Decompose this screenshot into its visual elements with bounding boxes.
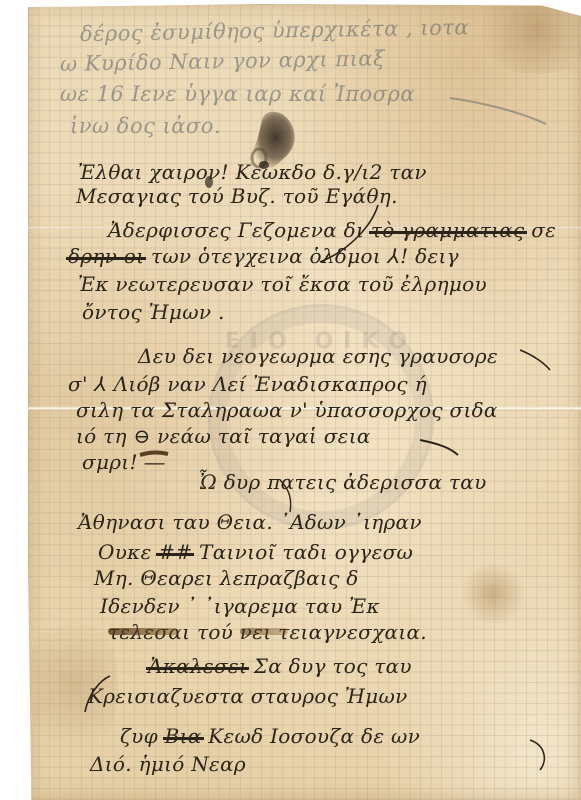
ink-line: Ἐκ νεωτερευσαν τοῖ ἔκσα τοῦ ἐλρημου — [78, 272, 487, 296]
struck-text: Βια — [165, 724, 202, 748]
pencil-flourish — [300, 90, 550, 130]
ink-line: Κρεισιαζυεστα σταυρος Ἠμων — [88, 684, 408, 708]
ink-line: Δευ δει νεογεωρμα εσης γραυσορε — [138, 344, 498, 368]
ink-line: δρην οι των ὁτεγχεινα ὁλδμοι ⅄! δειγ — [68, 244, 459, 268]
ink-line: Μεσαγιας τού Βυζ. τοῦ Εγάθη. — [76, 184, 398, 208]
ink-line-text: Κεωδ Ιοσουζα δε ων — [208, 724, 420, 748]
ink-line: Ὦ δυρ πατεις ἀδερισσα ταυ — [198, 470, 487, 494]
ink-line-text: Ταινιοῖ ταδι ογγεσω — [199, 540, 413, 564]
ink-line: ὄντος Ἠμων . — [82, 300, 225, 324]
ink-line: Ἐλθαι χαιρον! Κεωκδο δ.γ/ι2 ταν — [78, 160, 427, 184]
ink-line: Ουκε ## Ταινιοῖ ταδι ογγεσω — [98, 540, 413, 564]
ink-line-text: ζυφ — [120, 724, 158, 748]
ink-line: Ἀκαλεσει Σα δυγ τος ταυ — [148, 654, 412, 678]
ink-line: Ἀθηνασι ταυ Θεια. ᾿Αδων ᾿ιηραν — [78, 510, 422, 534]
struck-text: Ἀκαλεσει — [148, 654, 247, 678]
ink-line-text: σε — [531, 218, 556, 242]
ink-line-text: Ουκε — [98, 540, 152, 564]
ink-smear — [108, 628, 178, 635]
ink-line-text: Σα δυγ τος ταυ — [254, 654, 412, 678]
struck-text: ## — [158, 540, 192, 564]
ink-line: Ἀδερφισσες Γεζομενα δι τὸ γραμματιας σε — [108, 218, 556, 242]
ink-line: Ιδενδεν ᾿ ᾿ιγαρεμα ταυ Ἐκ — [100, 594, 380, 618]
ink-line: ιό τη ⊖ νεάω ταῖ ταγαἱ σεια — [76, 424, 371, 448]
ink-line: σ' ⅄ Λιόβ ναν Λεί Ἐναδισκαπρος ή — [68, 372, 427, 396]
ink-line-text: των ὁτεγχεινα ὁλδμοι ⅄! δειγ — [151, 244, 459, 268]
pencil-line: ἰνω δος ιἀσο. — [70, 114, 221, 138]
ink-line-text: Ἀδερφισσες Γεζομενα δι — [108, 218, 364, 242]
ink-line: σμρι! ― — [82, 450, 165, 474]
age-stain — [458, 564, 528, 624]
struck-text: τὸ γραμματιας — [371, 218, 525, 242]
ink-line: σιλη τα Σταληραωα ν' ὑπασσορχος σιδα — [76, 398, 498, 422]
ink-line: ζυφ Βια Κεωδ Ιοσουζα δε ων — [120, 724, 420, 748]
ink-line: Μη. Θεαρει λεπραζβαις δ — [94, 566, 359, 590]
ink-line: Διό. ἡμιό Νεαρ — [90, 752, 246, 776]
ink-smear — [240, 628, 288, 635]
struck-text: δρην οι — [68, 244, 144, 268]
